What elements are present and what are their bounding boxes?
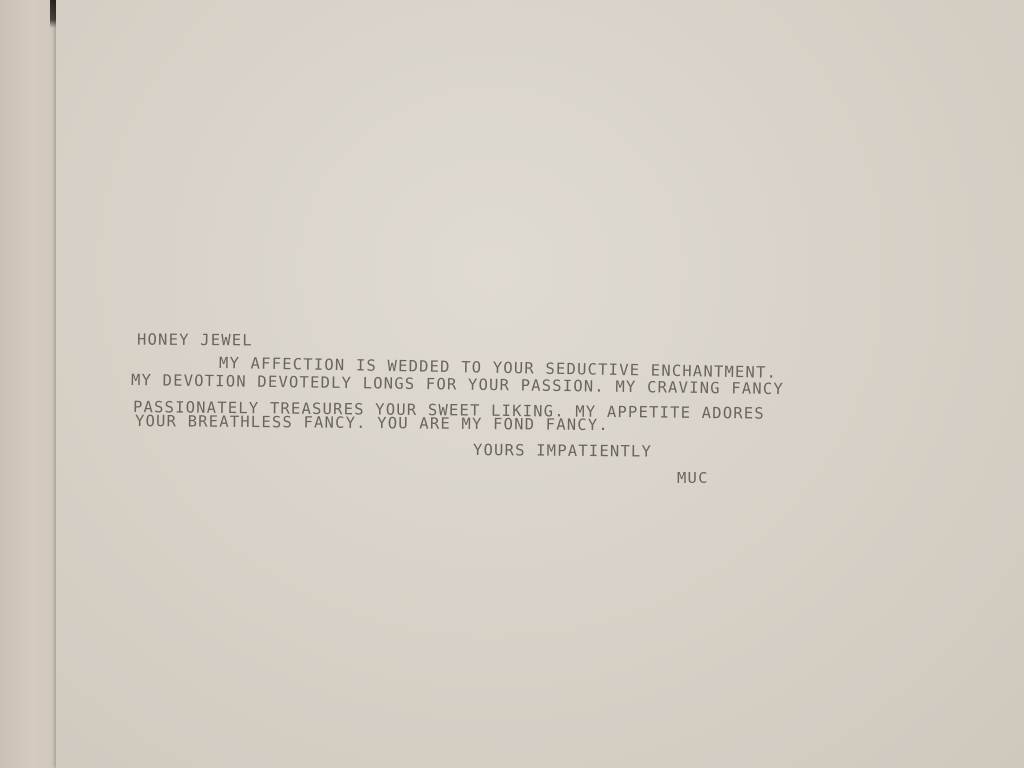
underlying-sheet [0, 0, 56, 768]
salutation: HONEY JEWEL [137, 333, 253, 349]
closing: YOURS IMPATIENTLY [473, 443, 652, 460]
signature: MUC [677, 471, 709, 487]
